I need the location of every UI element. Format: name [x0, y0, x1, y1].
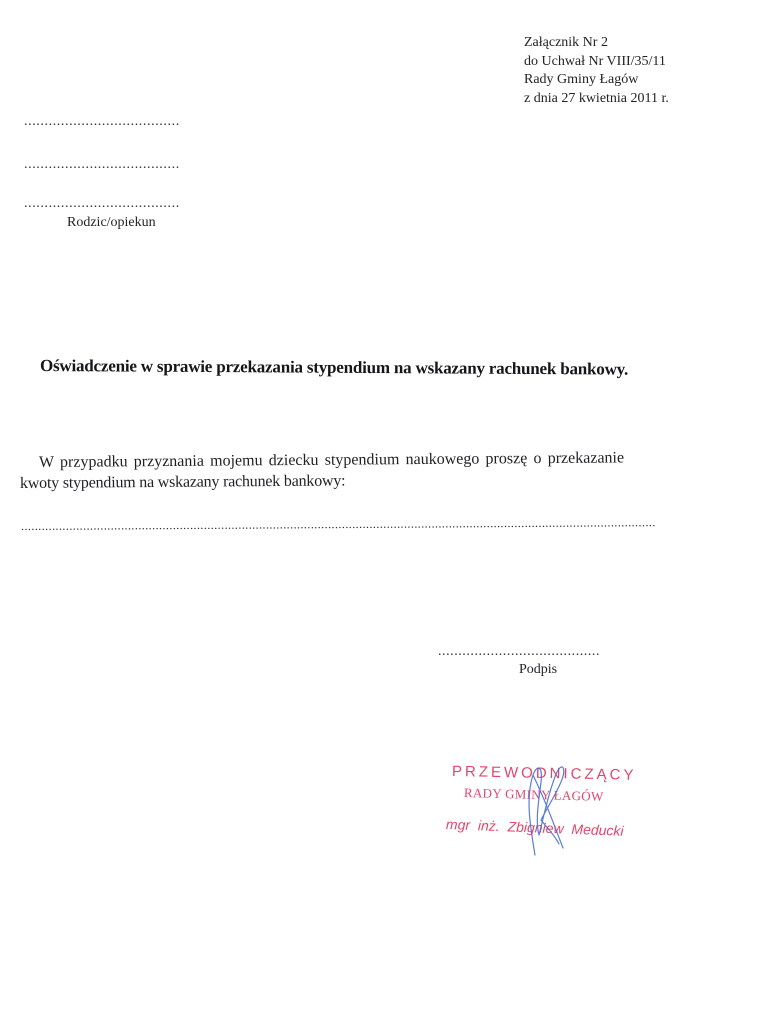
- parent-address-field[interactable]: ......................................: [24, 157, 238, 173]
- bank-account-field[interactable]: ........................................…: [21, 515, 661, 534]
- parent-address2-field[interactable]: ......................................: [24, 196, 234, 212]
- parent-name-field[interactable]: ......................................: [24, 114, 234, 130]
- annex-line: Rady Gminy Łagów: [524, 71, 669, 90]
- annex-header: Załącznik Nr 2 do Uchwał Nr VIII/35/11 R…: [524, 34, 669, 108]
- body-text-line: kwoty stypendium na wskazany rachunek ba…: [20, 472, 346, 493]
- annex-line: do Uchwał Nr VIII/35/11: [524, 53, 669, 72]
- annex-line: Załącznik Nr 2: [524, 34, 669, 53]
- handwritten-signature-icon: [505, 760, 575, 860]
- body-text-line: W przypadku przyznania mojemu dziecku st…: [39, 449, 624, 472]
- signature-caption: Podpis: [519, 662, 557, 678]
- annex-line: z dnia 27 kwietnia 2011 r.: [524, 90, 669, 109]
- signature-field[interactable]: ........................................: [438, 644, 656, 660]
- parent-caption: Rodzic/opiekun: [67, 215, 156, 231]
- document-title: Oświadczenie w sprawie przekazania stype…: [40, 356, 628, 380]
